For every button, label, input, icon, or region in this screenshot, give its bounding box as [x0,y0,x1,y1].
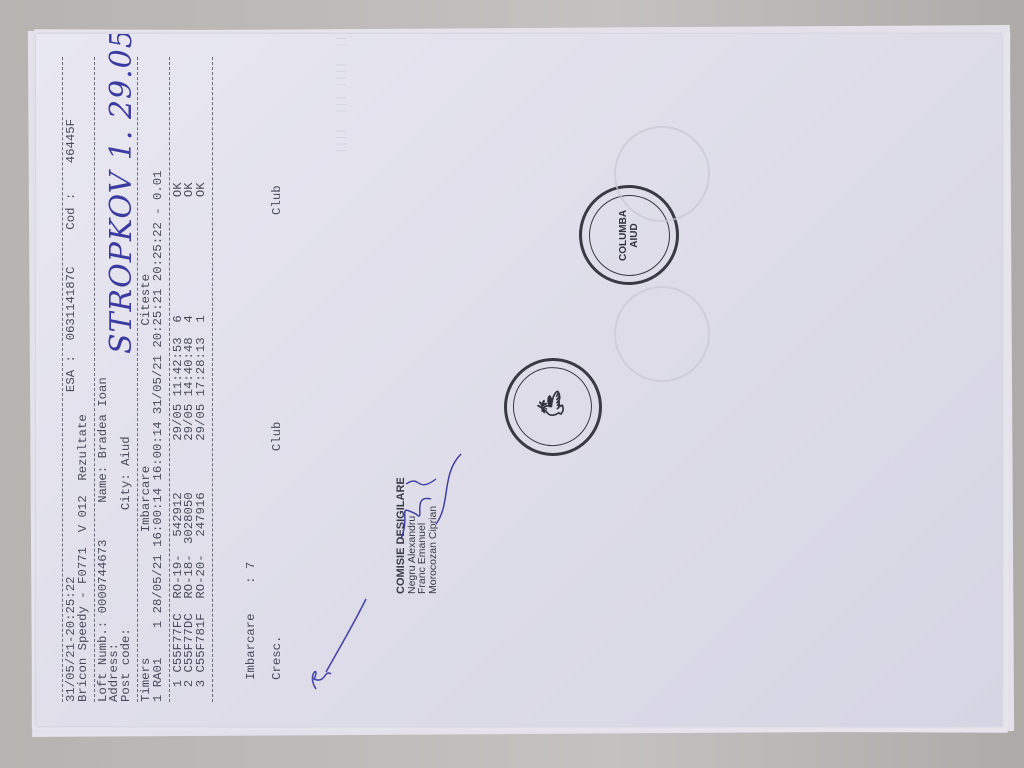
bird-results-list: 1 C55F77FC RO-19-542912 29/05 11:42:53 6… [173,42,208,702]
stamp-columbofil-maraton: 🕊 [504,358,602,456]
divider [94,57,95,702]
device-info: Bricon Speedy - F0771 V 012 [76,495,90,702]
timer-id: RA01 [151,658,165,688]
post-code-label: Post code: [119,628,133,702]
faded-stamp [614,126,710,222]
faded-stamp [614,286,710,382]
clock-deviation: - 0.01 [151,170,165,214]
header-line-2: Bricon Speedy - F0771 V 012 Rezultate [78,42,90,702]
commission-signature [391,444,471,554]
signature-line: Cresc. Club Club [272,42,284,702]
citeste-time-2: 20:25:22 [151,222,165,281]
imbarcare-total-label: Imbarcare [244,613,258,679]
citeste-date: 31/05/21 [151,355,165,414]
divider [169,57,170,702]
arrival-time: 17:28:13 [194,337,208,396]
status-badge: OK [194,182,208,197]
club-label-1: Club [270,422,284,452]
arrival-order: 1 [194,315,208,322]
cod-value: 46445F [64,119,78,163]
name-label: Name: [96,466,110,503]
bird-result-row: 3 C55F781F RO-20-247916 29/05 17:28:13 1… [196,42,208,702]
divider [62,57,63,702]
cresc-label: Cresc. [270,636,284,680]
fancier-name: Bradea Ioan [96,377,110,458]
pigeon-icon: 🕊 [534,389,571,425]
handwritten-race-note: STROPKOV 1. 29.05.2021 [104,34,139,354]
arrival-date: 29/05 [194,404,208,441]
imbarcare-time-2: 16:00:14 [151,421,165,480]
club-label-2: Club [270,185,284,215]
timer-count: 1 [151,621,165,628]
initials-signature [296,594,376,704]
esa-value: 063114187C [64,267,78,341]
cod-label: Cod : [64,193,78,230]
bird-ring-prefix: RO-20- [194,554,208,598]
results-sheet: |||| ||| |||| ||||| ||| |||| ||| |||| 31… [36,34,1002,726]
report-type: Rezultate [76,414,90,480]
divider [212,57,213,702]
loft-numb: 0000744673 [96,540,110,614]
esa-label: ESA : [64,355,78,392]
bird-chip-id: C55F781F [194,613,208,672]
imbarcare-total-count: : 7 [244,562,258,584]
citeste-time: 20:25:21 [151,289,165,348]
timer-row: 1 RA01 1 28/05/21 16:00:14 16:00:14 31/0… [153,42,165,702]
imbarcare-total: Imbarcare : 7 [246,42,258,702]
imbarcare-date: 28/05/21 [151,554,165,613]
timer-index: 1 [151,695,165,702]
imbarcare-time: 16:00:14 [151,488,165,547]
bird-index: 3 [194,680,208,687]
city: Aiud [119,436,133,466]
bird-ring-number: 247916 [196,492,208,554]
city-label: City: [119,473,133,510]
